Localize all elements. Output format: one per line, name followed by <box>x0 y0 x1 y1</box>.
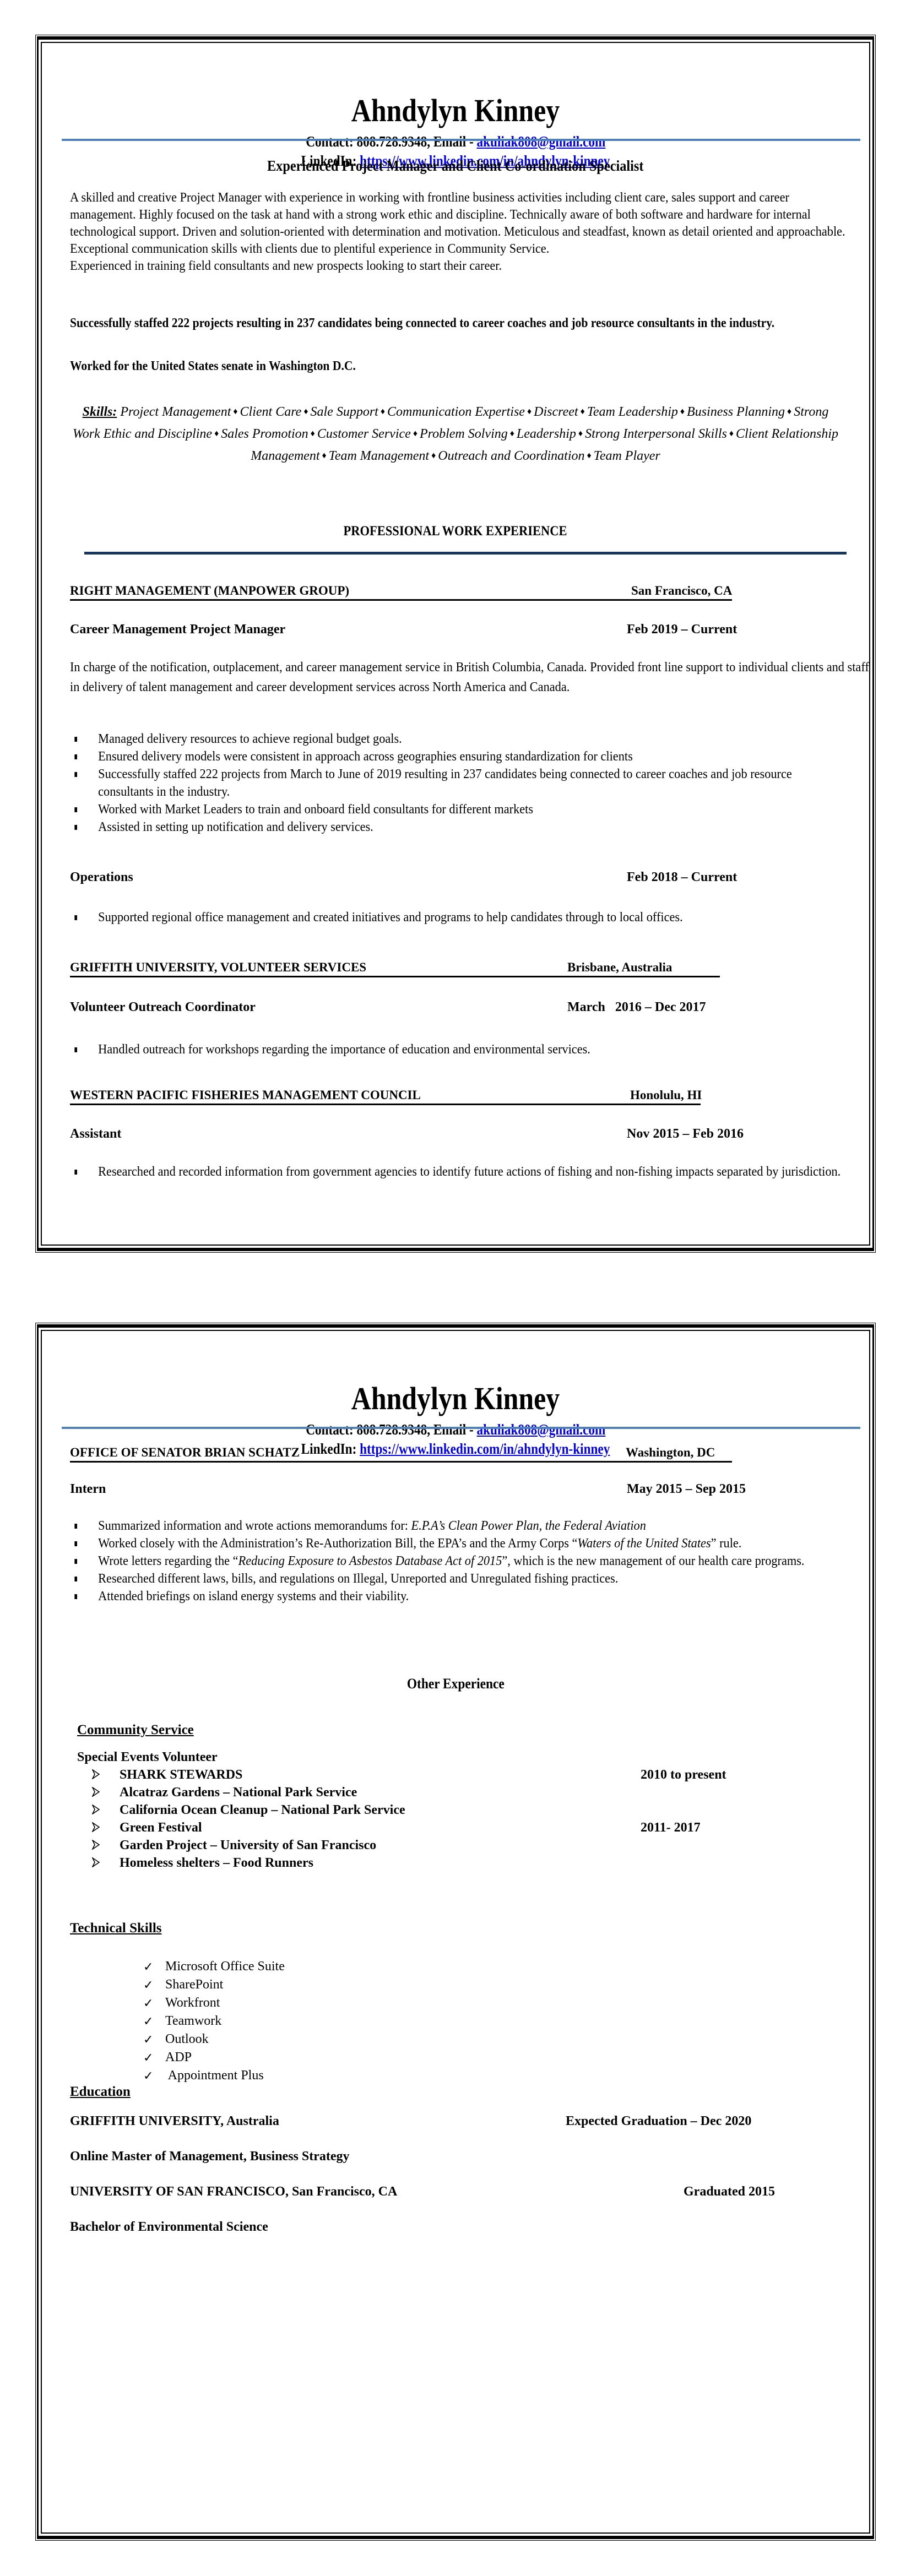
company-location: Honolulu, HI <box>630 1088 702 1102</box>
technical-skill-item: ✓SharePoint <box>143 1976 285 1994</box>
diamond-separator-icon: ♦ <box>578 407 587 416</box>
role-title: Career Management Project Manager <box>70 622 285 637</box>
summary-line2: Experienced in training field consultant… <box>70 259 502 273</box>
skill-item: Sales Promotion <box>221 427 308 441</box>
technical-skill-item: ✓Workfront <box>143 1994 285 2012</box>
check-icon: ✓ <box>143 1958 153 1976</box>
summary-text: A skilled and creative Project Manager w… <box>70 191 845 256</box>
company-location: San Francisco, CA <box>631 584 732 598</box>
technical-skill-item: ✓ Appointment Plus <box>143 2067 285 2085</box>
role-title: Intern <box>70 1482 106 1497</box>
company-name: OFFICE OF SENATOR BRIAN SCHATZ <box>70 1445 300 1460</box>
education-degree: Online Master of Management, Business St… <box>70 2149 350 2164</box>
education-dates: Expected Graduation – Dec 2020 <box>566 2114 751 2129</box>
education-degree: Bachelor of Environmental Science <box>70 2220 268 2235</box>
role-description: In charge of the notification, outplacem… <box>70 657 869 697</box>
company-underline <box>70 1104 701 1105</box>
diamond-separator-icon: ♦ <box>678 407 687 416</box>
technical-skill-item: ✓Teamwork <box>143 2012 285 2030</box>
skill-item: Sale Support <box>311 405 378 419</box>
diamond-separator-icon: ♦ <box>508 429 517 438</box>
skill-item: Business Planning <box>687 405 785 419</box>
volunteer-item: California Ocean Cleanup – National Park… <box>70 1801 731 1819</box>
company-underline <box>70 976 720 977</box>
contact-phone: Contact: 808.728.9348, Email - <box>306 1421 476 1438</box>
diamond-separator-icon: ♦ <box>727 429 736 438</box>
linkedin-label: LinkedIn: <box>301 1441 360 1457</box>
skill-item: Project Management <box>120 405 231 419</box>
role-title: Operations <box>70 870 133 885</box>
role-dates: March 2016 – Dec 2017 <box>567 1000 706 1015</box>
experience-section-title: PROFESSIONAL WORK EXPERIENCE <box>39 524 872 538</box>
diamond-separator-icon: ♦ <box>212 429 221 438</box>
company-name: WESTERN PACIFIC FISHERIES MANAGEMENT COU… <box>70 1088 421 1102</box>
community-service-title: Community Service <box>77 1723 194 1737</box>
role-dates: Feb 2018 – Current <box>627 870 737 885</box>
arrow-bullet-icon <box>92 1805 100 1814</box>
resume-page-2: Ahndylyn Kinney Contact: 808.728.9348, E… <box>37 1324 874 2539</box>
diamond-separator-icon: ♦ <box>585 451 594 460</box>
role-bullets: Managed delivery resources to achieve re… <box>70 730 843 836</box>
role-bullets: Summarized information and wrote actions… <box>70 1517 869 1605</box>
header-rule <box>62 139 860 141</box>
skill-item: Leadership <box>517 427 576 441</box>
list-item: Wrote letters regarding the “Reducing Ex… <box>70 1552 869 1570</box>
volunteer-item: Alcatraz Gardens – National Park Service <box>70 1784 731 1801</box>
highlight-1: Successfully staffed 222 projects result… <box>70 315 833 332</box>
company-name: RIGHT MANAGEMENT (MANPOWER GROUP) <box>70 584 349 598</box>
skill-item: Problem Solving <box>420 427 508 441</box>
experience-rule <box>84 552 847 555</box>
list-item: Worked closely with the Administration’s… <box>70 1535 869 1552</box>
contact-line: Contact: 808.728.9348, Email - akuliak80… <box>39 1422 872 1437</box>
volunteer-item: Homeless shelters – Food Runners <box>70 1854 731 1872</box>
diamond-separator-icon: ♦ <box>576 429 585 438</box>
diamond-separator-icon: ♦ <box>308 429 317 438</box>
role-bullets: Supported regional office management and… <box>70 909 869 926</box>
volunteer-item: SHARK STEWARDS2010 to present <box>70 1766 731 1784</box>
skills-label: Skills: <box>83 405 117 419</box>
check-icon: ✓ <box>143 2048 153 2067</box>
skill-item: Strong Interpersonal Skills <box>585 427 727 441</box>
volunteer-list: SHARK STEWARDS2010 to presentAlcatraz Ga… <box>70 1766 731 1872</box>
diamond-separator-icon: ♦ <box>429 451 438 460</box>
skill-item: Team Leadership <box>587 405 678 419</box>
linkedin-link[interactable]: https://www.linkedin.com/in/ahndylyn-kin… <box>360 1441 610 1457</box>
diamond-separator-icon: ♦ <box>231 407 240 416</box>
skills-list: Skills: Project Management ♦ Client Care… <box>72 401 839 467</box>
list-item: Assisted in setting up notification and … <box>70 818 843 836</box>
candidate-name: Ahndylyn Kinney <box>39 95 872 127</box>
volunteer-item: Garden Project – University of San Franc… <box>70 1836 731 1854</box>
technical-skills-list: ✓Microsoft Office Suite✓SharePoint✓Workf… <box>143 1958 285 2085</box>
arrow-bullet-icon <box>92 1857 100 1867</box>
other-experience-title: Other Experience <box>39 1677 872 1691</box>
list-item: Researched different laws, bills, and re… <box>70 1570 869 1588</box>
list-item: Successfully staffed 222 projects from M… <box>70 765 843 801</box>
check-icon: ✓ <box>143 2012 153 2030</box>
skill-item: Team Management <box>329 449 429 463</box>
check-icon: ✓ <box>143 1994 153 2012</box>
technical-skill-item: ✓Microsoft Office Suite <box>143 1958 285 1976</box>
list-item: Summarized information and wrote actions… <box>70 1517 869 1535</box>
summary-paragraph: A skilled and creative Project Manager w… <box>70 189 849 275</box>
list-item: Ensured delivery models were consistent … <box>70 748 843 765</box>
list-item: Worked with Market Leaders to train and … <box>70 801 843 818</box>
skill-item: Client Care <box>240 405 302 419</box>
volunteer-dates: 2011- 2017 <box>641 1819 701 1836</box>
role-dates: Feb 2019 – Current <box>627 622 737 637</box>
role-title: Assistant <box>70 1127 121 1142</box>
company-location: Brisbane, Australia <box>567 960 672 975</box>
arrow-bullet-icon <box>92 1840 100 1850</box>
headline: Experienced Project Manager and Client C… <box>39 159 872 173</box>
technical-skills-title: Technical Skills <box>70 1921 162 1935</box>
technical-skill-item: ✓ADP <box>143 2048 285 2067</box>
skill-item: Outreach and Coordination <box>438 449 584 463</box>
list-item: Managed delivery resources to achieve re… <box>70 730 843 748</box>
volunteer-dates: 2010 to present <box>641 1766 726 1784</box>
email-link[interactable]: akuliak808@gmail.com <box>476 133 605 150</box>
skill-item: Discreet <box>534 405 578 419</box>
diamond-separator-icon: ♦ <box>301 407 310 416</box>
role-bullets: Researched and recorded information from… <box>70 1163 869 1181</box>
check-icon: ✓ <box>143 2067 153 2085</box>
skill-item: Customer Service <box>317 427 411 441</box>
resume-page-1: Ahndylyn Kinney Contact: 808.728.9348, E… <box>37 36 874 1251</box>
check-icon: ✓ <box>143 1976 153 1994</box>
education-title: Education <box>70 2085 131 2099</box>
role-dates: Nov 2015 – Feb 2016 <box>627 1127 744 1142</box>
skill-item: Team Player <box>594 449 660 463</box>
company-underline <box>70 1461 732 1463</box>
diamond-separator-icon: ♦ <box>378 407 387 416</box>
volunteer-item: Green Festival2011- 2017 <box>70 1819 731 1836</box>
check-icon: ✓ <box>143 2030 153 2048</box>
arrow-bullet-icon <box>92 1787 100 1797</box>
diamond-separator-icon: ♦ <box>411 429 420 438</box>
arrow-bullet-icon <box>92 1822 100 1832</box>
header-rule <box>62 1427 860 1429</box>
education-dates: Graduated 2015 <box>684 2184 775 2199</box>
company-underline <box>70 599 732 601</box>
role-dates: May 2015 – Sep 2015 <box>627 1482 746 1497</box>
list-item: Researched and recorded information from… <box>70 1163 869 1181</box>
diamond-separator-icon: ♦ <box>785 407 794 416</box>
list-item: Attended briefings on island energy syst… <box>70 1588 869 1605</box>
company-location: Washington, DC <box>626 1445 715 1460</box>
skill-item: Communication Expertise <box>387 405 525 419</box>
volunteer-role: Special Events Volunteer <box>77 1751 218 1764</box>
highlight-2: Worked for the United States senate in W… <box>70 358 833 375</box>
role-title: Volunteer Outreach Coordinator <box>70 1000 256 1015</box>
list-item: Supported regional office management and… <box>70 909 869 926</box>
contact-phone: Contact: 808.728.9348, Email - <box>306 133 476 150</box>
education-school: GRIFFITH UNIVERSITY, Australia <box>70 2114 279 2129</box>
arrow-bullet-icon <box>92 1769 100 1779</box>
technical-skill-item: ✓Outlook <box>143 2030 285 2048</box>
list-item: Handled outreach for workshops regarding… <box>70 1041 869 1058</box>
contact-line: Contact: 808.728.9348, Email - akuliak80… <box>39 134 872 149</box>
diamond-separator-icon: ♦ <box>320 451 329 460</box>
education-school: UNIVERSITY OF SAN FRANCISCO, San Francis… <box>70 2184 397 2199</box>
candidate-name: Ahndylyn Kinney <box>39 1383 872 1415</box>
company-name: GRIFFITH UNIVERSITY, VOLUNTEER SERVICES <box>70 960 366 975</box>
diamond-separator-icon: ♦ <box>525 407 534 416</box>
email-link[interactable]: akuliak808@gmail.com <box>476 1421 605 1438</box>
role-bullets: Handled outreach for workshops regarding… <box>70 1041 869 1058</box>
